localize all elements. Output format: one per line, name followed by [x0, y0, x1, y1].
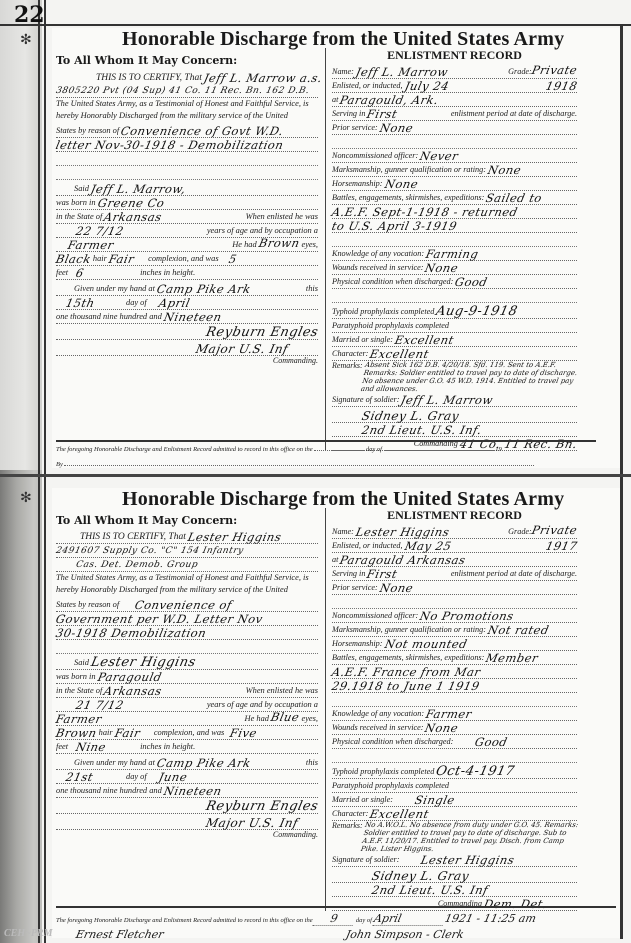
- margin-rule: [44, 0, 46, 943]
- given-year: Nineteen: [162, 785, 222, 797]
- serving-in: First: [366, 108, 429, 120]
- given-day: 15th: [55, 297, 128, 309]
- recorded-by: Ernest Fletcher: [55, 928, 318, 941]
- given-at: Camp Pike Ark: [156, 283, 252, 295]
- marksmanship: Not rated: [487, 624, 550, 636]
- soldier-name: Lester Higgins: [187, 531, 283, 543]
- page-margin-shadow: [0, 470, 42, 943]
- watermark: CEH~PRM: [4, 928, 53, 939]
- enlistment-record-title: ENLISTMENT RECORD: [332, 48, 577, 63]
- commanding-label: Commanding.: [56, 830, 318, 839]
- character: Excellent: [369, 808, 430, 820]
- grade: Private: [531, 64, 579, 76]
- discharge-reason-line2: letter Nov-30-1918 - Demobilization: [55, 139, 285, 151]
- record-day: 9: [313, 912, 356, 926]
- salutation: To All Whom It May Concern:: [56, 54, 237, 67]
- said-name: Jeff L. Marrow,: [90, 183, 187, 195]
- vocation: Farming: [425, 248, 480, 260]
- hair-color: Black: [55, 253, 92, 265]
- form-separator: [0, 474, 631, 477]
- occupation: Farmer: [55, 239, 115, 251]
- enlistment-record-section: ENLISTMENT RECORD Name:Lester HigginsGra…: [325, 508, 577, 911]
- nco: Never: [419, 150, 460, 162]
- typhoid-date: Oct-4-1917: [435, 766, 516, 778]
- commanding-label: Commanding.: [56, 356, 318, 365]
- enlisted-year: 1918: [542, 80, 578, 92]
- enlistment-name: Jeff L. Marrow: [355, 66, 449, 78]
- commander-signature: Reyburn Engles: [205, 327, 320, 339]
- recorder-signature: John Simpson - Clerk: [315, 928, 465, 941]
- officer-rank: 2nd Lieut. U.S. Inf: [331, 884, 490, 896]
- enlisted-year: 1917: [542, 540, 578, 552]
- record-month: April: [372, 912, 445, 926]
- record-year: 1921 - 11:25 am: [444, 912, 538, 925]
- star-mark-icon: ✻: [20, 32, 32, 48]
- discharge-form-2: Honorable Discharge from the United Stat…: [52, 488, 620, 938]
- enlistment-record-section: ENLISTMENT RECORD Name:Jeff L. MarrowGra…: [325, 48, 577, 451]
- commander-rank: Major U.S. Inf: [195, 343, 320, 355]
- officer-signature: Sidney L. Gray: [331, 410, 461, 422]
- enlistment-name: Lester Higgins: [355, 526, 451, 538]
- given-at: Camp Pike Ark: [156, 757, 252, 769]
- physical-condition: Good: [454, 736, 509, 748]
- enlisted-at: Paragould Arkansas: [339, 554, 467, 566]
- salutation: To All Whom It May Concern:: [56, 514, 237, 527]
- grade: Private: [531, 524, 579, 536]
- serial-number: 3805220 Pvt (04 Sup) 41 Co. 11 Rec. Bn. …: [55, 85, 311, 97]
- serial-number-line2: Cas. Det. Demob. Group: [55, 559, 199, 571]
- testimonial-text: The United States Army, as a Testimonial…: [56, 572, 318, 596]
- enlisted-at: Paragould, Ark.: [339, 94, 440, 106]
- age: 22 7/12: [55, 225, 125, 237]
- prior-service: None: [378, 122, 414, 134]
- given-day: 21st: [55, 771, 128, 783]
- marital-status: Single: [394, 794, 456, 806]
- marksmanship: None: [487, 164, 523, 176]
- given-month: June: [147, 771, 188, 783]
- officer-signature: Sidney L. Gray: [331, 870, 471, 882]
- occupation: Farmer: [55, 713, 103, 725]
- birth-state: Arkansas: [103, 211, 163, 223]
- battles: Member: [485, 652, 540, 664]
- nco: No Promotions: [419, 610, 515, 622]
- serving-in: First: [366, 568, 429, 580]
- header-rule: [0, 24, 631, 26]
- soldier-signature: Jeff L. Marrow: [400, 394, 494, 406]
- birthplace: Greene Co: [96, 197, 165, 209]
- physical-condition: Good: [454, 276, 489, 288]
- said-name: Lester Higgins: [90, 657, 197, 669]
- birth-state: Arkansas: [103, 685, 163, 697]
- horsemanship: None: [383, 178, 419, 190]
- hair-color: Brown: [55, 727, 98, 739]
- age: 21 7/12: [55, 699, 125, 711]
- discharge-reason-line2: Government per W.D. Letter Nov: [55, 613, 264, 625]
- complexion: Fair: [113, 727, 141, 739]
- given-year: Nineteen: [162, 311, 222, 323]
- remarks: Absent Sick 162 D.B. 4/20/18. Sfd. 119. …: [360, 361, 580, 393]
- battles-line3: 29.1918 to June 1 1919: [331, 680, 481, 692]
- page-number: 22: [14, 2, 45, 28]
- discharge-reason: Convenience of Govt W.D.: [120, 125, 285, 137]
- complexion: Fair: [108, 253, 136, 265]
- enlistment-record-title: ENLISTMENT RECORD: [332, 508, 577, 523]
- record-footer: The foregoing Honorable Discharge and En…: [56, 440, 596, 468]
- discharge-form-1: Honorable Discharge from the United Stat…: [52, 28, 620, 468]
- height-feet: Five: [225, 727, 259, 739]
- soldier-signature: Lester Higgins: [400, 854, 516, 866]
- battles-line2: A.E.F. Sept-1-1918 - returned: [331, 206, 519, 218]
- birthplace: Paragould: [96, 671, 162, 683]
- discharge-section: THIS IS TO CERTIFY, ThatJeff L. Marrow a…: [56, 68, 318, 365]
- height-feet: 5: [219, 253, 237, 265]
- star-mark-icon: ✻: [20, 490, 32, 506]
- character: Excellent: [369, 348, 430, 360]
- vocation: Farmer: [425, 708, 473, 720]
- record-footer: The foregoing Honorable Discharge and En…: [56, 906, 616, 941]
- remarks: No A.W.O.L. No absence from duty under G…: [360, 821, 580, 853]
- officer-rank: 2nd Lieut. U.S. Inf.: [331, 424, 483, 436]
- given-month: April: [147, 297, 191, 309]
- commander-signature: Reyburn Engles: [205, 801, 320, 813]
- eye-color: Brown: [257, 237, 300, 249]
- discharge-reason: Convenience of: [120, 599, 233, 611]
- testimonial-text: The United States Army, as a Testimonial…: [56, 98, 318, 122]
- enlisted-date: July 24: [403, 80, 450, 92]
- soldier-name: Jeff L. Marrow a.s.: [203, 72, 324, 84]
- height-inches: Nine: [69, 741, 142, 753]
- discharge-section: THIS IS TO CERTIFY, ThatLester Higgins 2…: [56, 528, 318, 839]
- typhoid-date: Aug-9-1918: [435, 306, 519, 318]
- horsemanship: Not mounted: [383, 638, 468, 650]
- serial-number: 2491607 Supply Co. "C" 154 Infantry: [55, 545, 245, 557]
- eye-color: Blue: [270, 711, 301, 723]
- document-page: 22 ✻ √ ✻ Y Honorable Discharge from the …: [0, 0, 631, 943]
- right-border: [620, 24, 623, 939]
- wounds: None: [424, 262, 460, 274]
- battles-line3: to U.S. April 3-1919: [331, 220, 458, 232]
- height-inches: 6: [69, 267, 142, 279]
- battles: Sailed to: [485, 192, 544, 204]
- commander-rank: Major U.S. Inf: [205, 817, 320, 829]
- enlisted-date: May 25: [403, 540, 452, 552]
- wounds: None: [424, 722, 460, 734]
- marital-status: Excellent: [394, 334, 455, 346]
- discharge-reason-line3: 30-1918 Demobilization: [55, 627, 208, 639]
- prior-service: None: [378, 582, 414, 594]
- margin-rule: [38, 0, 40, 943]
- battles-line2: A.E.F. France from Mar: [331, 666, 482, 678]
